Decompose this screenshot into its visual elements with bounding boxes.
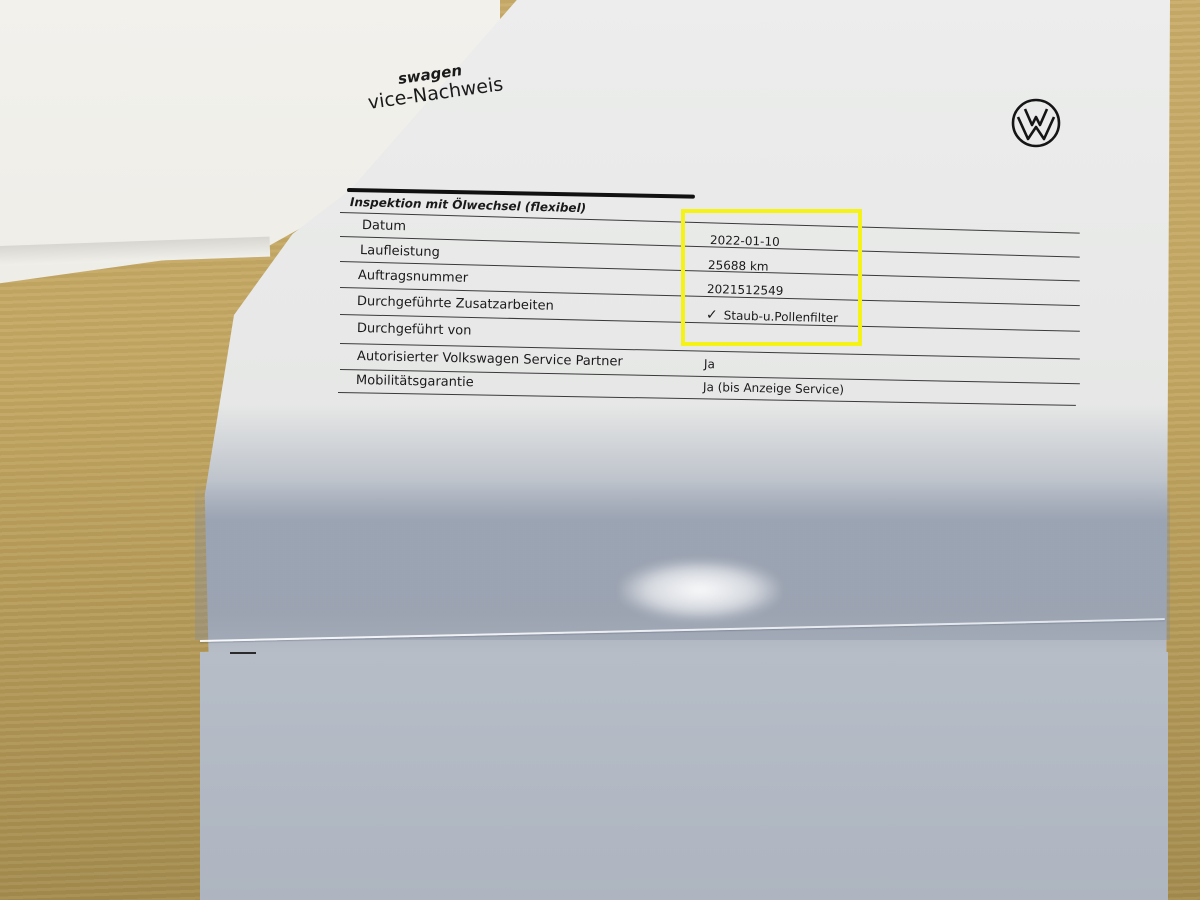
table-row-label: Datum	[362, 218, 406, 234]
volkswagen-logo-icon	[1010, 97, 1062, 149]
folded-lower-panel	[200, 652, 1168, 900]
table-row-label: Auftragsnummer	[358, 268, 468, 286]
table-row-value: Ja (bis Anzeige Service)	[703, 380, 844, 397]
table-row-value: Ja	[704, 357, 715, 371]
table-row-label: Durchgeführt von	[357, 321, 472, 339]
light-glare	[620, 560, 780, 620]
table-row-label: Mobilitätsgarantie	[356, 373, 474, 390]
table-row-label: Laufleistung	[360, 243, 440, 260]
table-row-value-text: Ja	[704, 357, 715, 371]
highlight-annotation-box	[681, 209, 862, 346]
table-row-value-text: Ja (bis Anzeige Service)	[703, 380, 844, 397]
fold-mark	[230, 652, 256, 654]
